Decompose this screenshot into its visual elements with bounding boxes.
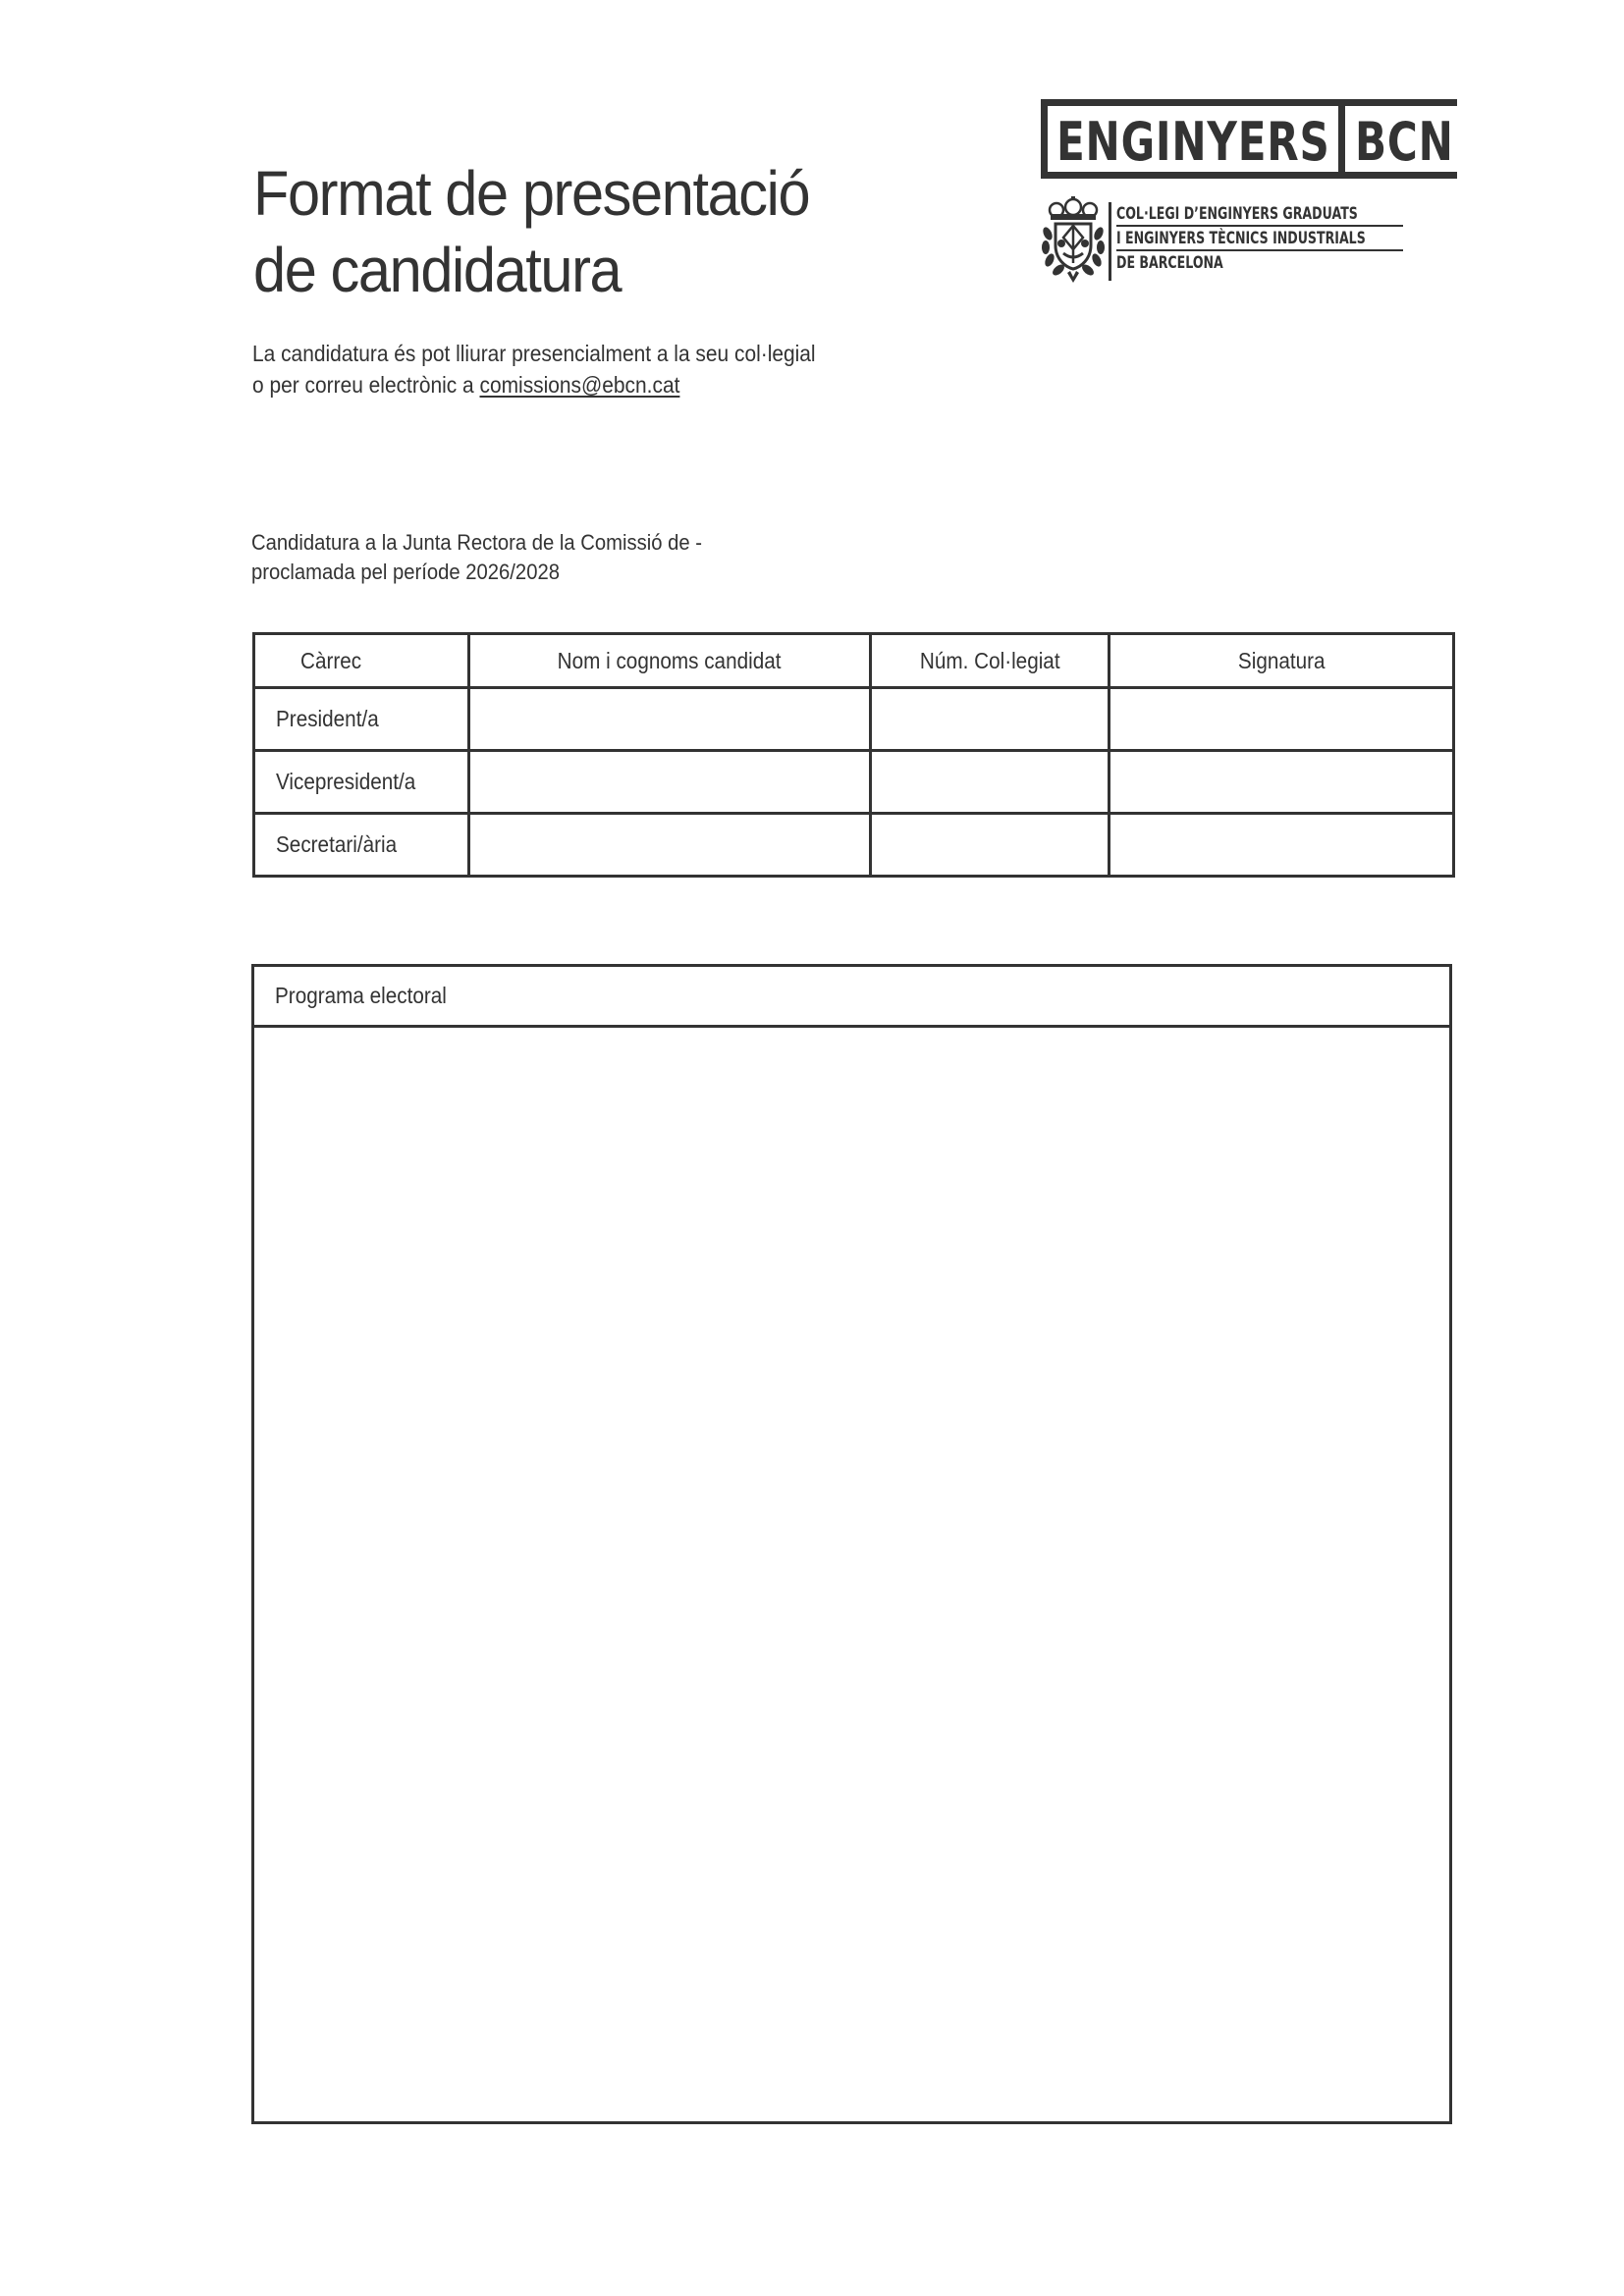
logo-word-enginyers: ENGINYERS xyxy=(1056,115,1330,170)
logo-word-bcn: BCN xyxy=(1355,115,1454,170)
college-name-line-3: DE BARCELONA xyxy=(1116,251,1403,276)
member-number-field[interactable] xyxy=(871,751,1110,814)
enginyers-bcn-logo: ENGINYERS BCN xyxy=(1041,99,1457,179)
intro-line-1: La candidatura és pot lliurar presencial… xyxy=(252,338,816,369)
college-crest-icon xyxy=(1042,194,1105,285)
intro-paragraph: La candidatura és pot lliurar presencial… xyxy=(252,338,816,400)
intro-line-2-text: o per correu electrònic a xyxy=(252,372,480,398)
candidature-caption-line-2: proclamada pel període 2026/2028 xyxy=(251,558,702,587)
page-title-line-1: Format de presentació xyxy=(253,155,809,232)
column-header-name: Nom i cognoms candidat xyxy=(469,634,871,688)
member-number-field[interactable] xyxy=(871,688,1110,751)
column-header-signature: Signatura xyxy=(1110,634,1454,688)
college-name-line-2: I ENGINYERS TÈCNICS INDUSTRIALS xyxy=(1116,227,1403,251)
electoral-program-label: Programa electoral xyxy=(254,967,1449,1028)
table-header-row: Càrrec Nom i cognoms candidat Núm. Col·l… xyxy=(254,634,1454,688)
candidature-caption: Candidatura a la Junta Rectora de la Com… xyxy=(251,528,702,587)
candidature-caption-line-1: Candidatura a la Junta Rectora de la Com… xyxy=(251,528,702,558)
member-number-field[interactable] xyxy=(871,814,1110,877)
role-cell: Vicepresident/a xyxy=(254,751,469,814)
column-header-role: Càrrec xyxy=(254,634,469,688)
page-title: Format de presentació de candidatura xyxy=(253,155,809,308)
column-header-member-number: Núm. Col·legiat xyxy=(871,634,1110,688)
signature-field[interactable] xyxy=(1110,751,1454,814)
college-name-bar xyxy=(1109,202,1111,281)
logo-divider xyxy=(1338,106,1345,172)
electoral-program-box: Programa electoral xyxy=(251,964,1452,2124)
candidates-table: Càrrec Nom i cognoms candidat Núm. Col·l… xyxy=(252,632,1455,878)
name-field[interactable] xyxy=(469,688,871,751)
electoral-program-field[interactable] xyxy=(254,1028,1449,2121)
role-cell: Secretari/ària xyxy=(254,814,469,877)
table-row: Vicepresident/a xyxy=(254,751,1454,814)
page-title-line-2: de candidatura xyxy=(253,232,809,308)
table-row: Secretari/ària xyxy=(254,814,1454,877)
intro-line-2: o per correu electrònic a comissions@ebc… xyxy=(252,369,816,400)
college-name-line-1: COL·LEGI D’ENGINYERS GRADUATS xyxy=(1116,202,1403,227)
college-name: COL·LEGI D’ENGINYERS GRADUATS I ENGINYER… xyxy=(1116,202,1403,276)
name-field[interactable] xyxy=(469,751,871,814)
signature-field[interactable] xyxy=(1110,814,1454,877)
signature-field[interactable] xyxy=(1110,688,1454,751)
table-row: President/a xyxy=(254,688,1454,751)
role-cell: President/a xyxy=(254,688,469,751)
name-field[interactable] xyxy=(469,814,871,877)
email-link[interactable]: comissions@ebcn.cat xyxy=(480,372,680,398)
